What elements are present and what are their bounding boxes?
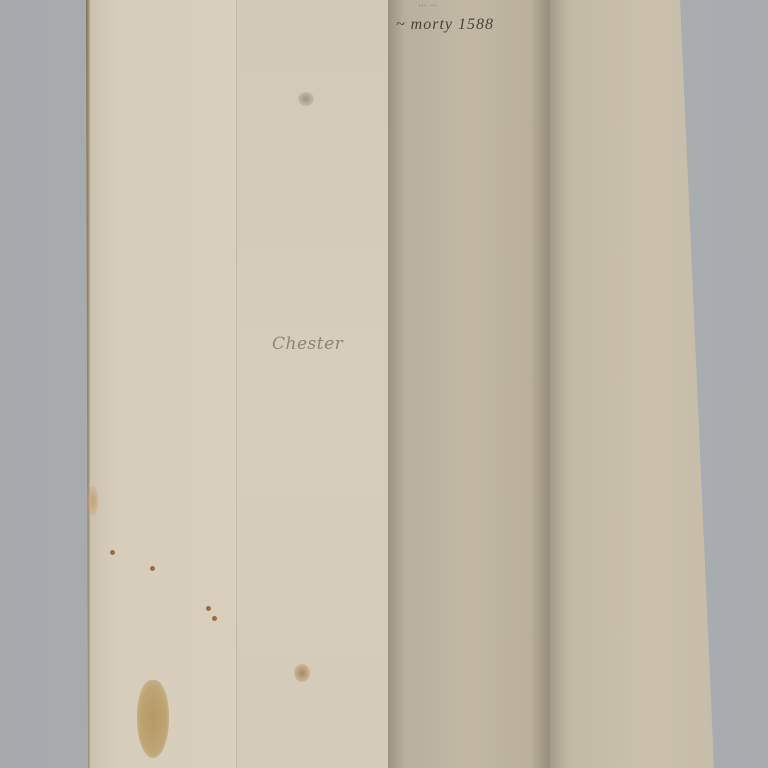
speckle-stain <box>206 606 211 611</box>
large-stain <box>137 680 169 758</box>
speckle-stain <box>110 550 115 555</box>
date-inscription: ~ morty 1588 <box>396 16 494 34</box>
speckle-stain <box>212 616 217 621</box>
edge-stain <box>88 486 98 516</box>
spot-stain <box>298 92 314 106</box>
speckle-stain <box>150 566 155 571</box>
folded-document <box>86 0 714 768</box>
pencil-note: Chester <box>272 334 343 354</box>
document-panel-2 <box>236 0 389 768</box>
spot-stain <box>294 664 310 682</box>
document-panel-1 <box>86 0 236 768</box>
faded-inscription: ··· ··· <box>418 0 437 12</box>
document-panel-3 <box>388 0 550 768</box>
